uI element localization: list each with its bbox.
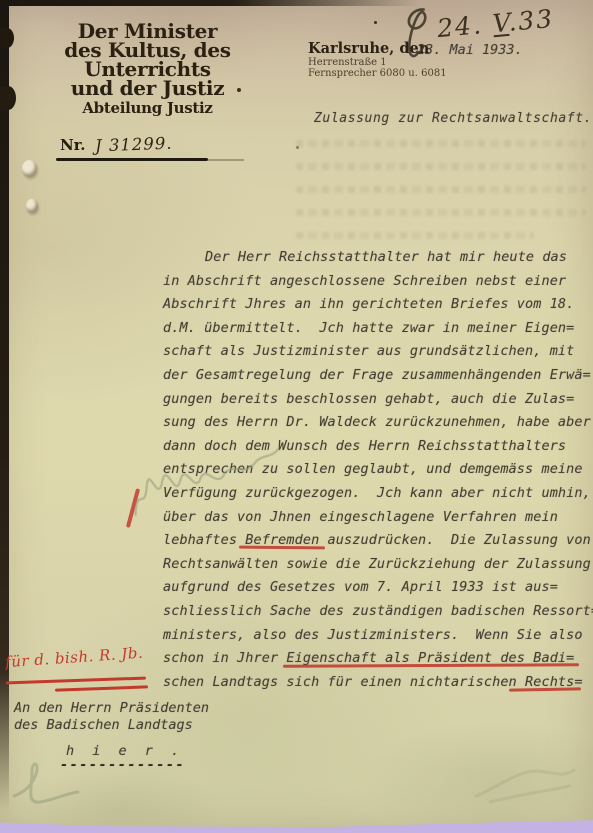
ref-printed-label: Nr.: [60, 136, 85, 154]
punch-hole: [26, 199, 38, 213]
handwritten-date-year: .33: [507, 4, 555, 37]
ref-underline-faint: [208, 159, 244, 161]
body-line: ministers, also des Justizministers. Wen…: [163, 624, 589, 648]
reference-number: Nr. J 31299.: [60, 135, 172, 154]
body-line: entsprechen zu sollen geglaubt, und demg…: [163, 458, 589, 482]
body-line: aufgrund des Gesetzes vom 7. April 1933 …: [163, 576, 589, 600]
body-line: Verfügung zurückgezogen. Jch kann aber n…: [163, 482, 589, 506]
body-line: schon in Jhrer Eigenschaft als Präsident…: [163, 647, 589, 671]
handwritten-date-day: 24.: [436, 10, 484, 43]
recipient-line2: des Badischen Landtags: [14, 717, 209, 734]
phone-numbers: Fernsprecher 6080 u. 6081: [308, 68, 447, 79]
recipient-block: An den Herrn Präsidenten des Badischen L…: [14, 700, 209, 770]
recipient-dashes: -------------: [14, 760, 209, 770]
body-line: Der Herr Reichsstatthalter hat mir heute…: [163, 246, 589, 270]
body-line: Rechtsanwälten sowie die Zurückziehung d…: [163, 553, 589, 577]
body-line: schliesslich Sache des zuständigen badis…: [163, 600, 589, 624]
body-line: d.M. übermittelt. Jch hatte zwar in mein…: [163, 317, 589, 341]
body-line: lebhaftes Befremden auszudrücken. Die Zu…: [163, 529, 589, 553]
body-line: gungen bereits beschlossen gehabt, auch …: [163, 388, 589, 412]
scan-edge-left: [0, 0, 9, 818]
ref-handwritten-number: J 31299.: [94, 134, 172, 156]
body-line: dann doch dem Wunsch des Herrn Reichssta…: [163, 435, 589, 459]
body-line: schaft als Justizminister aus grundsätzl…: [163, 340, 589, 364]
ink-speck: [374, 21, 377, 24]
subject-line: Zulassung zur Rechtsanwaltschaft.: [314, 111, 592, 126]
body-line: über das von Jhnen eingeschlagene Verfah…: [163, 506, 589, 530]
ink-speck: [296, 146, 299, 149]
body-line: der Gesamtregelung der Frage zusammenhän…: [163, 364, 589, 388]
letterhead-line3: und der Justiz: [10, 79, 285, 98]
letterhead: Der Minister des Kultus, des Unterrichts…: [10, 22, 285, 118]
scanned-letter: Der Minister des Kultus, des Unterrichts…: [0, 0, 593, 833]
ref-underline: [56, 158, 208, 161]
punch-hole: [22, 160, 37, 177]
recipient-line1: An den Herrn Präsidenten: [14, 700, 209, 717]
scan-edge-top: [0, 0, 420, 6]
body-line: in Abschrift angeschlossene Schreiben ne…: [163, 270, 589, 294]
body-line: sung des Herrn Dr. Waldeck zurückzunehme…: [163, 411, 589, 435]
body-line: Abschrift Jhres an ihn gerichteten Brief…: [163, 293, 589, 317]
letter-body: Der Herr Reichsstatthalter hat mir heute…: [163, 246, 589, 694]
letterhead-line4: Abteilung Justiz: [10, 98, 285, 118]
letterhead-line2: des Kultus, des Unterrichts: [10, 41, 285, 79]
ink-speck: [237, 88, 241, 92]
